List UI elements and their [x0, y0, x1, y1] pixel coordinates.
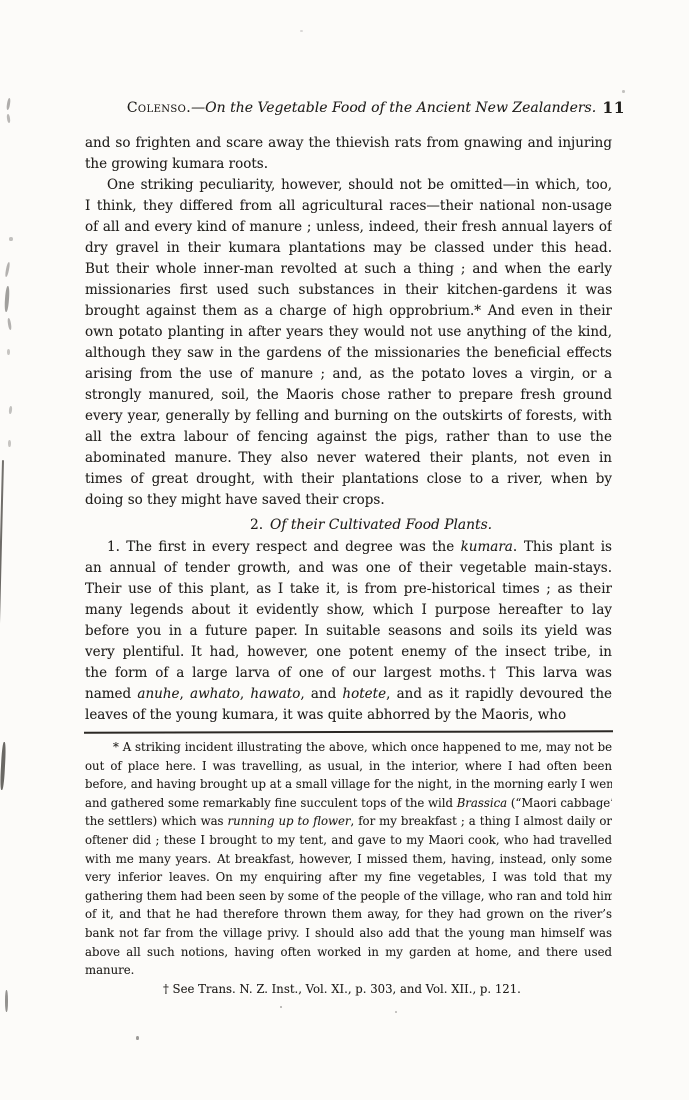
text-line: and so frighten and scare away the thiev…	[85, 133, 612, 154]
text-line: I think, they differed from all agricult…	[85, 196, 612, 217]
scan-mark	[136, 1036, 139, 1040]
text-line: every year, generally by felling and bur…	[85, 406, 612, 427]
text-line: although they saw in the gardens of the …	[85, 343, 612, 364]
text-line: very plentiful. It had, however, one pot…	[85, 642, 612, 663]
scan-mark	[7, 318, 12, 330]
scan-mark	[5, 262, 11, 277]
scan-mark	[300, 30, 303, 32]
text-line: abominated manure. They also never water…	[85, 448, 612, 469]
scan-mark	[6, 114, 10, 123]
scan-mark	[9, 237, 13, 241]
text-line: times of great drought, with their plant…	[85, 469, 612, 490]
footnote-line: of it, and that he had therefore thrown …	[85, 905, 612, 924]
text-line: named anuhe, awhato, hawato, and hotete,…	[85, 684, 612, 705]
footnote-rule	[84, 730, 613, 733]
text-line: leaves of the young kumara, it was quite…	[85, 705, 612, 726]
footnote-line: above all such notions, having often wor…	[85, 943, 612, 962]
text-line: doing so they might have saved their cro…	[85, 490, 612, 511]
text-line: dry gravel in their kumara plantations m…	[85, 238, 612, 259]
text-line: an annual of tender growth, and was one …	[85, 558, 612, 579]
scan-mark	[4, 286, 10, 312]
footnote-line: oftener did ; these I brought to my tent…	[85, 831, 612, 850]
footnote-line: before, and having brought up at a small…	[85, 775, 612, 794]
footnote-citation: † See Trans. N. Z. Inst., Vol. XI., p. 3…	[85, 980, 612, 999]
scan-mark	[622, 90, 625, 93]
footnote-line: bank not far from the village privy. I s…	[85, 924, 612, 943]
text-line: the form of a large larva of one of our …	[85, 663, 612, 684]
scan-mark	[6, 98, 11, 110]
text-line: own potato planting in after years they …	[85, 322, 612, 343]
footnotes: * A striking incident illustrating the a…	[85, 738, 612, 998]
scan-mark	[5, 990, 8, 1012]
scan-mark	[280, 1006, 282, 1008]
binding-gutter-blob	[0, 742, 6, 790]
footnote-line: manure.	[85, 961, 612, 980]
text-line: many legends about it evidently show, wh…	[85, 600, 612, 621]
scan-mark	[7, 349, 10, 355]
scanned-paper-page: Colenso.—On the Vegetable Food of the An…	[0, 0, 689, 1100]
text-line: missionaries first used such substances …	[85, 280, 612, 301]
scan-mark	[8, 440, 11, 447]
text-line: Their use of this plant, as I take it, i…	[85, 579, 612, 600]
text-line: the growing kumara roots.	[85, 154, 612, 175]
text-line: before you in a future paper. In suitabl…	[85, 621, 612, 642]
text-line: arising from the use of manure ; and, as…	[85, 364, 612, 385]
text-line: all the extra labour of fencing against …	[85, 427, 612, 448]
page-number: 11	[602, 98, 625, 117]
text-line: 1. The first in every respect and degree…	[85, 537, 612, 558]
scan-mark	[9, 406, 13, 414]
body-text: and so frighten and scare away the thiev…	[85, 133, 612, 726]
running-header: Colenso.—On the Vegetable Food of the An…	[85, 100, 612, 122]
scan-mark	[395, 1011, 397, 1013]
section-heading: 2. Of their Cultivated Food Plants.	[85, 515, 612, 536]
footnote-line: with me many years. At breakfast, howeve…	[85, 850, 612, 869]
text-line: strongly manured, soil, the Maoris chose…	[85, 385, 612, 406]
text-line: But their whole inner-man revolted at su…	[85, 259, 612, 280]
header-text: Colenso.—On the Vegetable Food of the An…	[85, 100, 612, 116]
footnote-line: gathering them had been seen by some of …	[85, 887, 612, 906]
header-title: —On the Vegetable Food of the Ancient Ne…	[191, 100, 596, 116]
text-line: One striking peculiarity, however, shoul…	[85, 175, 612, 196]
header-author: Colenso.	[127, 100, 191, 116]
footnote-line: very inferior leaves. On my enquiring af…	[85, 868, 612, 887]
footnote-line: out of place here. I was travelling, as …	[85, 757, 612, 776]
footnote-line: the settlers) which was running up to fl…	[85, 812, 612, 831]
footnote-line: * A striking incident illustrating the a…	[85, 738, 612, 757]
text-line: brought against them as a charge of high…	[85, 301, 612, 322]
footnote-line: and gathered some remarkably fine succul…	[85, 794, 612, 813]
text-line: of all and every kind of manure ; unless…	[85, 217, 612, 238]
